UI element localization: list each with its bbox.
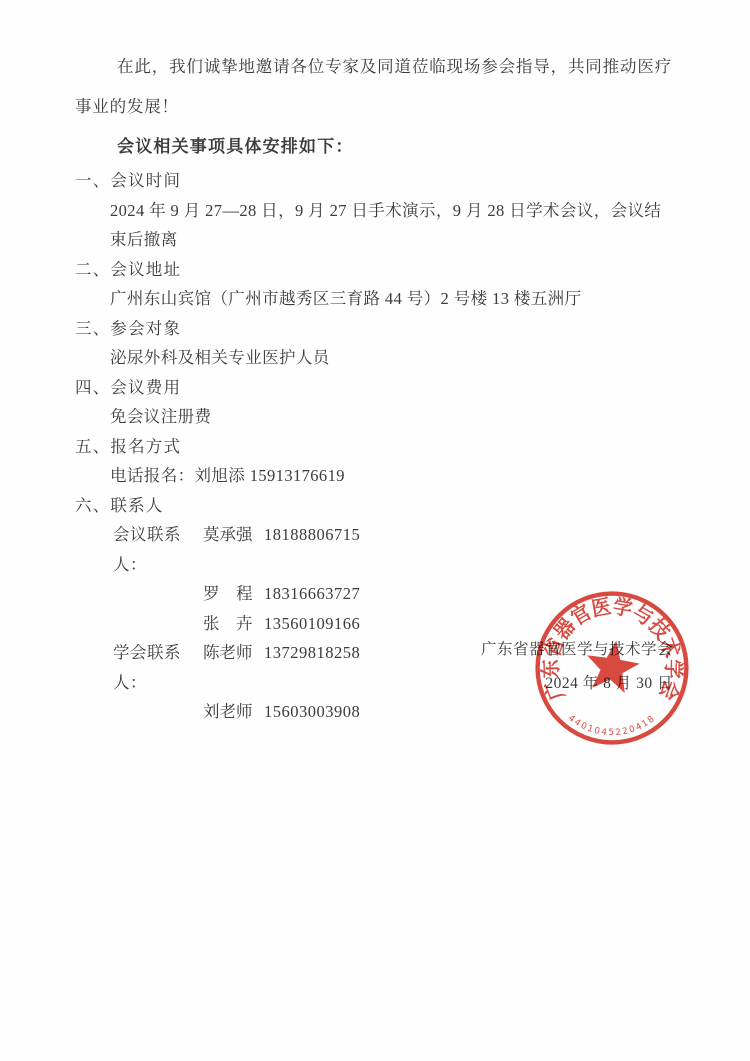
section-4-title: 四、会议费用: [75, 373, 672, 403]
contact-label: 会议联系人：: [113, 520, 203, 579]
document-page: 在此，我们诚挚地邀请各位专家及同道莅临现场参会指导，共同推动医疗 事业的发展！ …: [0, 0, 750, 1061]
contact-name: 莫承强: [203, 520, 264, 579]
contact-phone: 18316663727: [264, 579, 360, 609]
contact-name: 陈老师: [203, 638, 264, 697]
contact-label: [113, 609, 203, 639]
section-5-title: 五、报名方式: [75, 432, 672, 462]
section-1-title: 一、会议时间: [75, 166, 672, 196]
contact-name: 罗 程: [203, 579, 264, 609]
star-icon: [582, 636, 643, 694]
section-5-content: 电话报名：刘旭添 15913176619: [75, 461, 672, 491]
official-seal: 广东省器官医学与技术学会 4401045220418: [532, 588, 692, 748]
contact-label: 学会联系人：: [113, 638, 203, 697]
contact-name: 刘老师: [203, 697, 264, 727]
contact-label: [113, 579, 203, 609]
section-1-content: 2024 年 9 月 27—28 日，9 月 27 日手术演示，9 月 28 日…: [75, 196, 672, 255]
arrangements-heading: 会议相关事项具体安排如下：: [75, 127, 672, 166]
section-2-title: 二、会议地址: [75, 255, 672, 285]
contact-name: 张 卉: [203, 609, 264, 639]
section-6-title: 六、联系人: [75, 491, 672, 521]
intro-paragraph-line-2: 事业的发展！: [75, 87, 672, 127]
contact-phone: 18188806715: [264, 520, 360, 579]
contact-phone: 13729818258: [264, 638, 360, 697]
section-3-content: 泌尿外科及相关专业医护人员: [75, 343, 672, 373]
section-2-content: 广州东山宾馆（广州市越秀区三育路 44 号）2 号楼 13 楼五洲厅: [75, 284, 672, 314]
section-3-title: 三、参会对象: [75, 314, 672, 344]
section-4-content: 免会议注册费: [75, 402, 672, 432]
contact-row: 会议联系人： 莫承强 18188806715: [75, 520, 672, 579]
contact-phone: 15603003908: [264, 697, 360, 727]
contact-phone: 13560109166: [264, 609, 360, 639]
intro-paragraph-line-1: 在此，我们诚挚地邀请各位专家及同道莅临现场参会指导，共同推动医疗: [75, 47, 672, 87]
contact-label: [113, 697, 203, 727]
